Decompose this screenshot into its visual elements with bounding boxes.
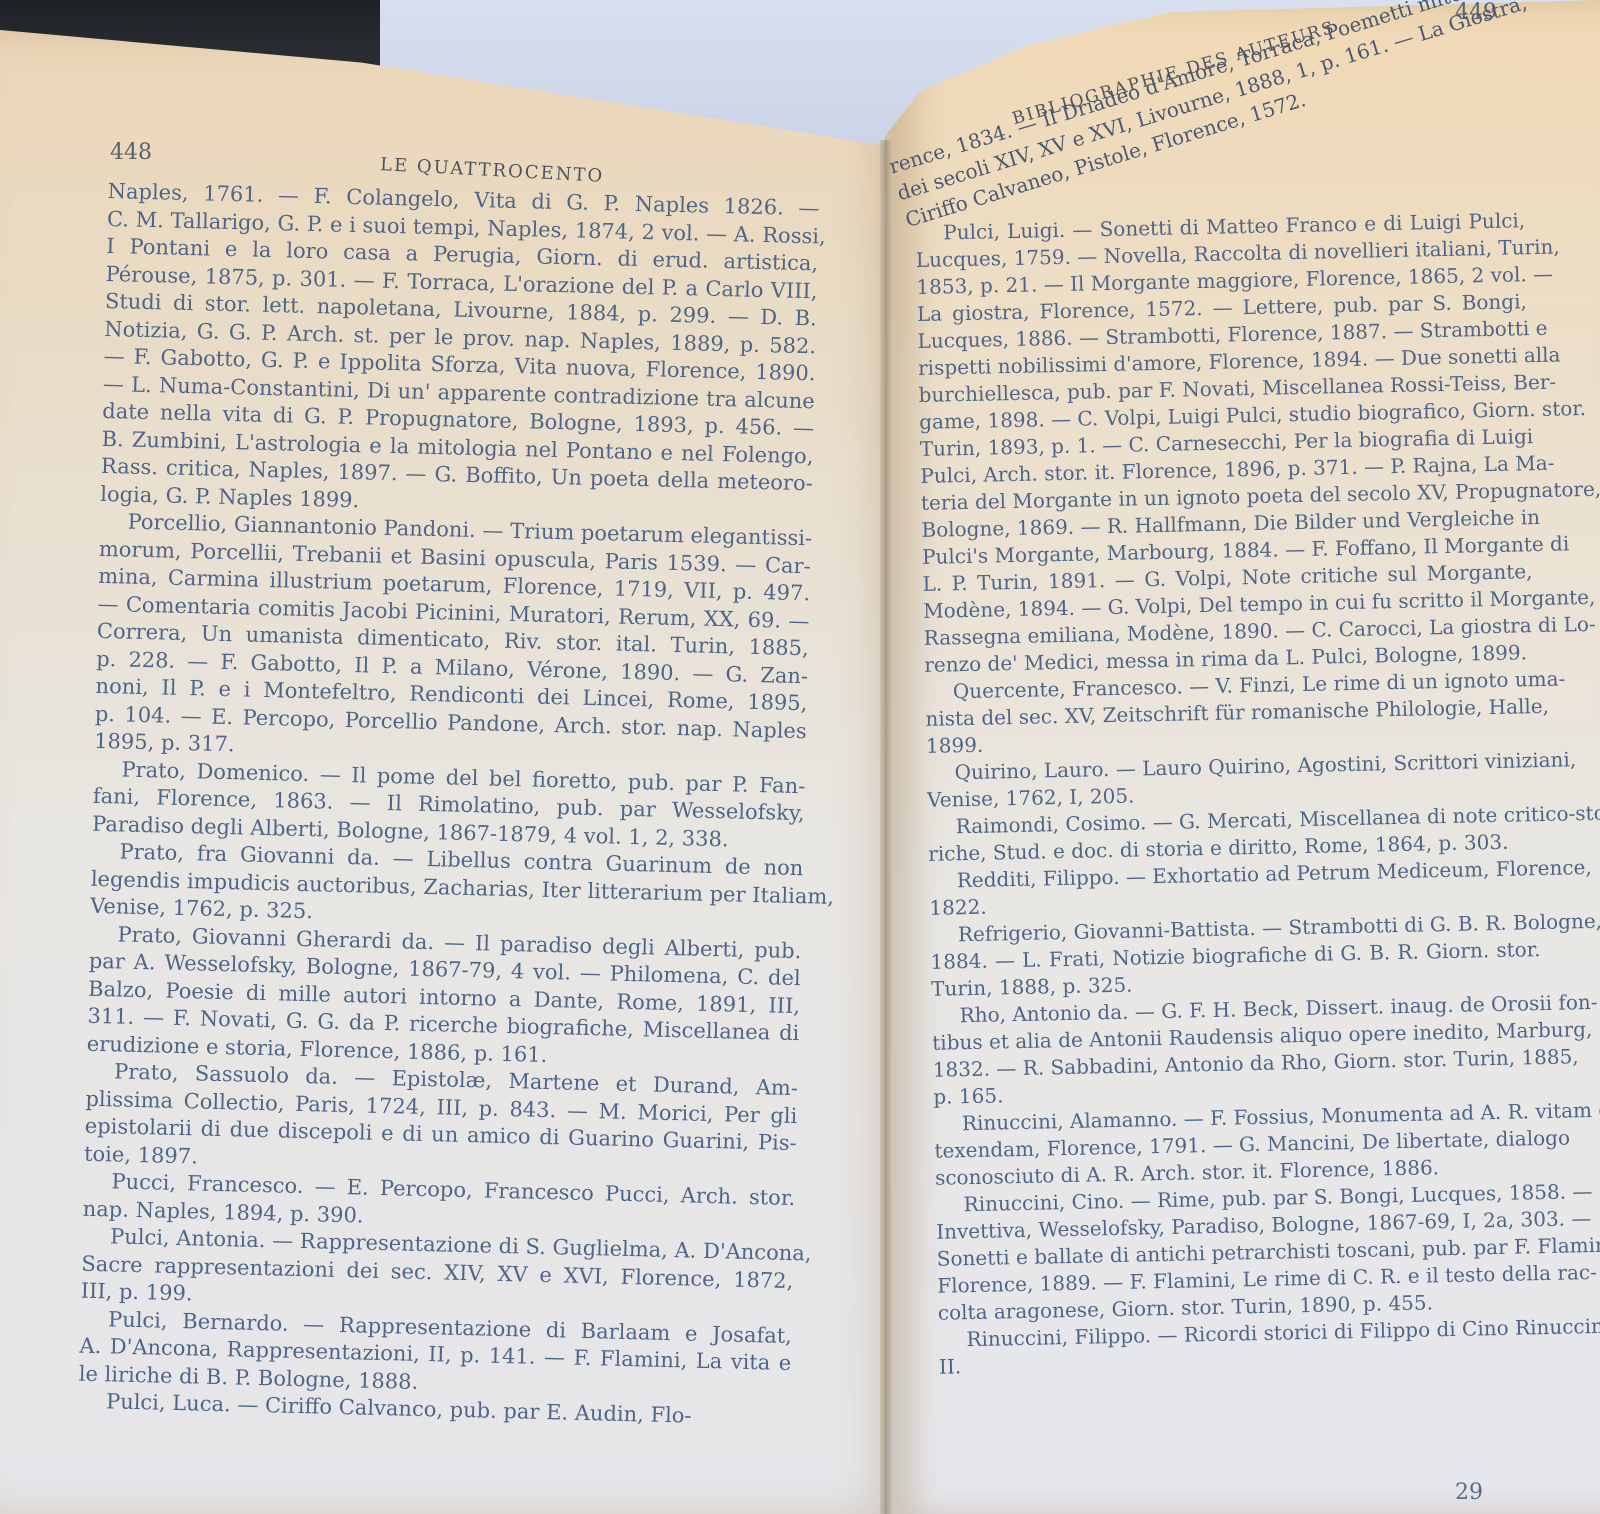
entry-rinuccini-cino: Rinuccini, Cino. — Rime, pub. par S. Bon…: [935, 1179, 1548, 1327]
entry-quercente: Quercente, Francesco. — V. Finzi, Le rim…: [925, 666, 1537, 760]
entry-pulci-luigi: Pulci, Luigi. — Sonetti di Matteo Franco…: [915, 207, 1534, 679]
right-page-body: Pulci, Luigi. — Sonetti di Matteo Franco…: [915, 207, 1549, 1381]
signature-mark: 29: [1455, 1480, 1483, 1505]
book-spine-gutter: [880, 140, 892, 1514]
entry-rinuccini-alamanno: Rinuccini, Alamanno. — F. Fossius, Monum…: [934, 1098, 1546, 1192]
entry-prato-sassuolo: Prato, Sassuolo da. — Epistolæ, Martene …: [84, 1058, 798, 1185]
left-page-body: Naples, 1761. — F. Colangelo, Vita di G.…: [78, 178, 820, 1433]
left-page-number: 448: [110, 140, 152, 165]
entry-porcellio: Porcellio, Giannantonio Pandoni. — Trium…: [94, 508, 812, 773]
entry-refrigerio: Refrigerio, Giovanni-Battista. — Strambo…: [930, 909, 1542, 1003]
entry-prato-giovanni-gherardi: Prato, Giovanni Gherardi da. — Il paradi…: [86, 920, 801, 1075]
entry-rho: Rho, Antonio da. — G. F. H. Beck, Disser…: [931, 990, 1543, 1111]
